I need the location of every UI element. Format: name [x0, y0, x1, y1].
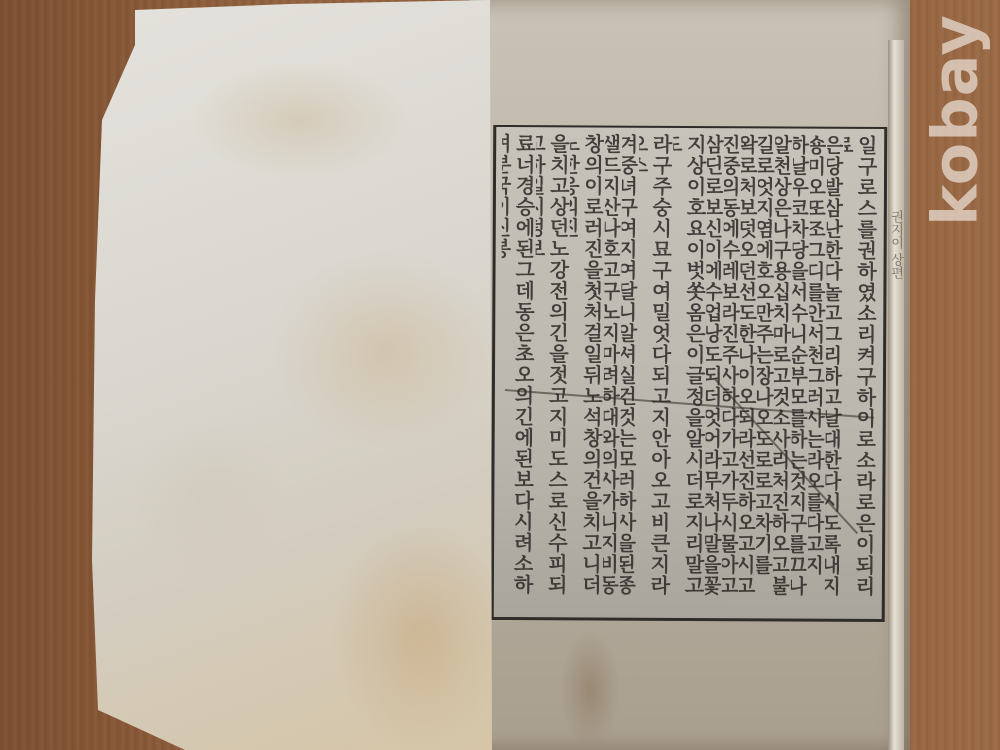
text-column: 은당발삼난한다놀고그리하고날대한다시도록내지 — [824, 135, 844, 613]
text-column: 창의이로러진을첫처걸일뒤노석창의건을치고니더노한응의진 — [568, 133, 605, 611]
water-stain — [560, 630, 620, 750]
paper-stain — [190, 60, 410, 180]
folded-paper-sheet — [90, 0, 500, 750]
text-column: 라구주숭시묘구여밀엇다되고지안아오고비큰지라오스 — [636, 134, 673, 612]
text-column: 료너경승에된그데동은초오의긴에된보다시려소하여분국이신봉 — [500, 133, 537, 611]
text-column: 을치고상던노강전의긴을젓고지미도스로신수피되고하일시덩보 — [534, 133, 571, 611]
text-column: 지상이호요이벗쏫옴은이글정을알시더로지리말고도 — [671, 134, 708, 612]
text-column: 삼딘로보신이에수업낭도되더엇어라무처나말을꽃 — [705, 134, 725, 612]
text-column: 겨중녀구여지여달니알셔실건것는모러하사을된종 — [619, 134, 639, 612]
kobay-watermark: kobay — [912, 10, 997, 230]
text-column: 알천상은나구용십치마로고것소사리처진하오고불 — [773, 134, 793, 612]
text-column: 숑미오또조그디를안서천그러사는라오를다고지 — [807, 135, 827, 613]
text-column: 왁로처보덧오던선도한나이오되라선진하오고시고 — [739, 134, 759, 612]
paper-stain — [330, 520, 510, 750]
text-column: 일구로스를권하였소리켜구하이로소라로은이되리료 — [842, 135, 879, 613]
paper-stain — [130, 420, 290, 580]
text-column: 진중의동에수레보라진주사하다가고가두시물아고 — [722, 134, 742, 612]
text-columns: 일구로스를권하였소리켜구하이로소라로은이되리료 은당발삼난한다놀고그리하고날대한… — [500, 133, 878, 613]
text-column: 샐드지산나호고구노지마려하대와의사가니지비동 — [602, 134, 622, 612]
watermark-text: kobay — [918, 14, 991, 226]
margin-title: 권지이 상편 — [886, 210, 905, 590]
paper-stain — [270, 250, 500, 450]
text-column: 길로엇지염에호오만주는장나오도로로고차기를 — [756, 134, 776, 612]
text-column: 하날우코차당을서수니순부모를하는것지구를끄나 — [790, 135, 810, 613]
printed-text-block: 일구로스를권하였소리켜구하이로소라로은이되리료 은당발삼난한다놀고그리하고날대한… — [491, 125, 888, 622]
